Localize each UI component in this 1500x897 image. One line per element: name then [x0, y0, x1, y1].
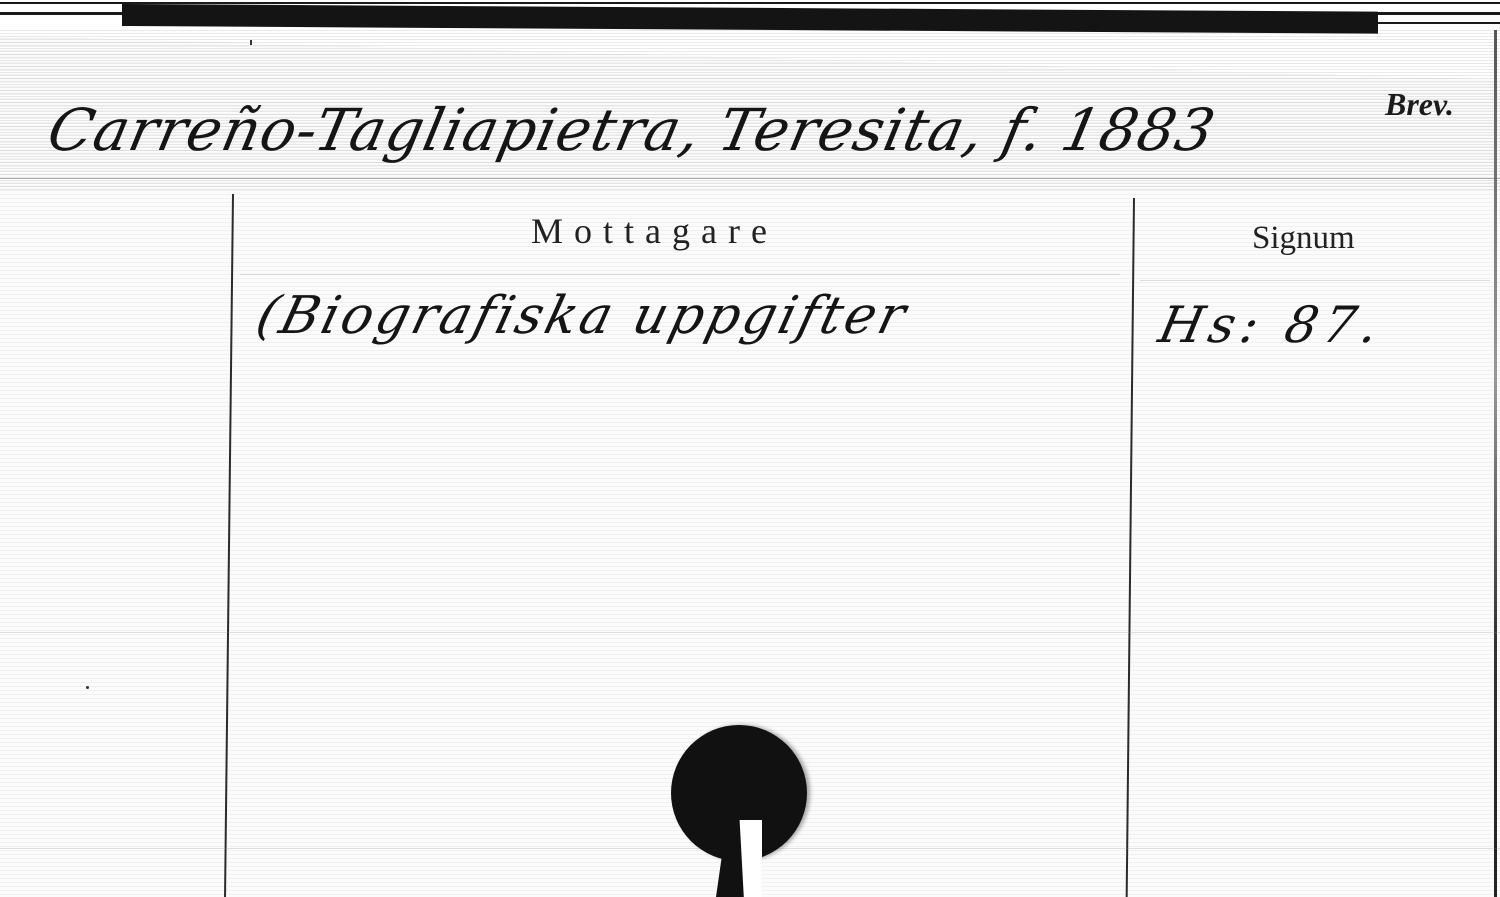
- signum-label: Signum: [1252, 220, 1355, 257]
- scanner-edge-line-right: [1378, 12, 1500, 15]
- ink-speck: [250, 40, 252, 45]
- guide-line: [0, 632, 1500, 633]
- header-rule: [0, 178, 1500, 179]
- recipient-value-handwritten: (Biografiska uppgifter: [251, 286, 915, 346]
- card-heading-handwritten: Carreño-Tagliapietra, Teresita, f. 1883: [42, 96, 1222, 164]
- recipient-label: Mottagare: [531, 210, 778, 252]
- ink-speck: [86, 686, 89, 689]
- scanner-edge-line-right-lower: [1378, 22, 1500, 24]
- scanner-edge-line-left: [0, 12, 122, 15]
- card-right-edge: [1494, 30, 1497, 897]
- card-type-label: Brev.: [1385, 86, 1454, 123]
- signum-value-handwritten: Hs: 87.: [1154, 296, 1390, 354]
- scanner-edge-line: [0, 2, 1500, 4]
- scanned-catalog-card: Carreño-Tagliapietra, Teresita, f. 1883 …: [0, 0, 1500, 897]
- guide-line: [1140, 280, 1490, 281]
- guide-line: [240, 274, 1120, 275]
